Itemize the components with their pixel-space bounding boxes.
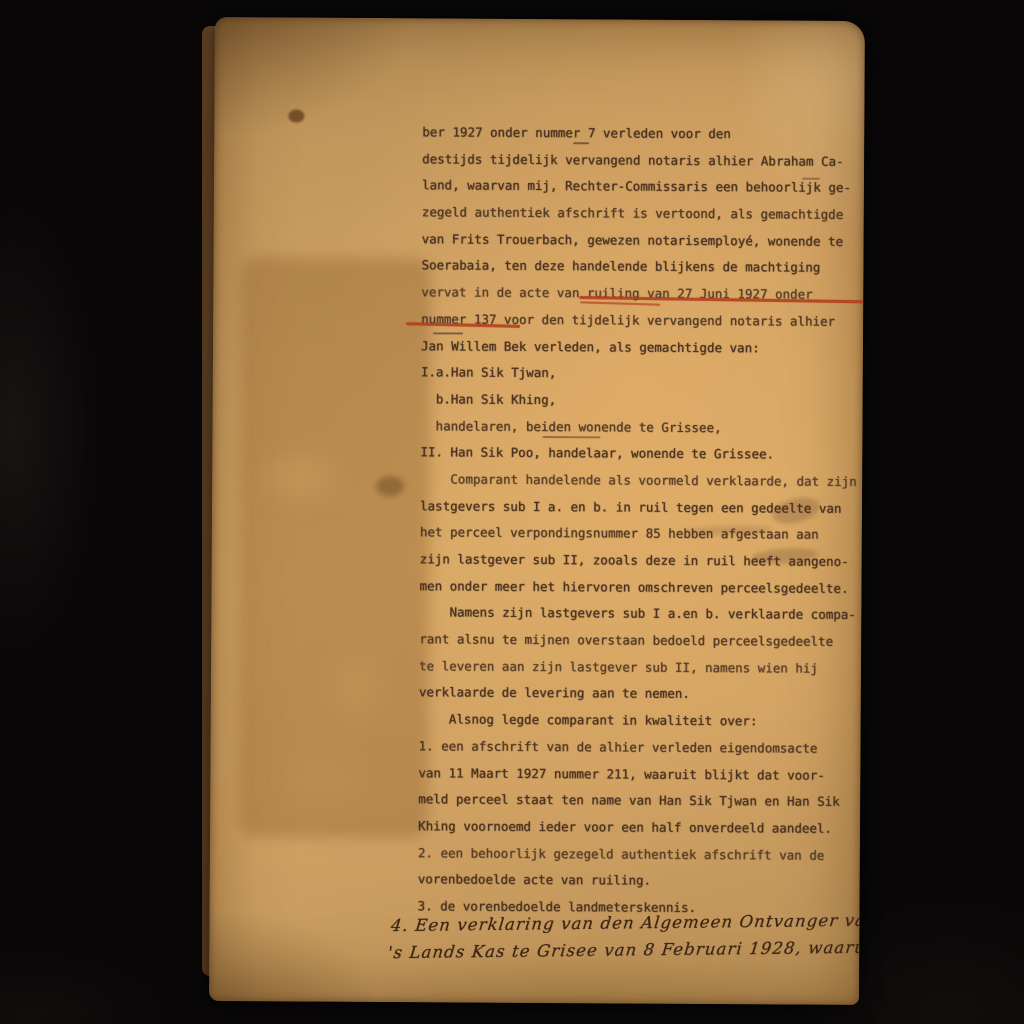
typed-line: het perceel verpondingsnummer 85 hebben … — [420, 520, 865, 550]
typed-line: 1. een afschrift van de alhier verleden … — [418, 733, 865, 763]
handwritten-line: 's Lands Kas te Grisee van 8 Februari 19… — [387, 934, 865, 967]
typed-line: Soerabaia, ten deze handelende blijkens … — [421, 253, 865, 283]
typed-line: zijn lastgever sub II, zooals deze in ru… — [420, 546, 865, 576]
handwritten-annotation: 4. Een verklaring van den Algemeen Ontva… — [387, 907, 865, 967]
typed-line: Alsnog legde comparant in kwaliteit over… — [419, 706, 865, 736]
photo-background: ber 1927 onder nummer 7 verleden voor de… — [0, 0, 1024, 1024]
typed-line: nummer 137 voor den tijdelijk vervangend… — [421, 306, 865, 336]
typed-line: van 11 Maart 1927 nummer 211, waaruit bl… — [418, 760, 865, 790]
typed-line: verklaarde de levering aan te nemen. — [419, 680, 865, 710]
typed-line: Namens zijn lastgevers sub I a.en b. ver… — [419, 600, 865, 630]
typed-line: Jan Willem Bek verleden, als gemachtigde… — [421, 333, 865, 363]
ink-spot — [288, 109, 304, 122]
typed-line: I.a.Han Sik Tjwan, — [421, 359, 865, 389]
typed-line: lastgevers sub I a. en b. in ruil tegen … — [420, 493, 865, 523]
typed-correction-mark — [573, 142, 589, 144]
typed-correction-mark — [433, 332, 463, 334]
typed-line: meld perceel staat ten name van Han Sik … — [418, 786, 865, 816]
paper-stain — [238, 257, 432, 838]
paper-blotch — [376, 476, 404, 496]
typed-line: land, waarvan mij, Rechter-Commissaris e… — [422, 173, 865, 203]
typed-line: men onder meer het hiervoren omschreven … — [419, 573, 865, 603]
typed-correction-mark — [542, 436, 600, 438]
typed-line: destijds tijdelijk vervangend notaris al… — [422, 146, 865, 176]
typed-line: vorenbedoelde acte van ruiling. — [418, 867, 865, 897]
typed-line: b.Han Sik Khing, — [421, 386, 865, 416]
typed-correction-mark — [802, 178, 820, 180]
typed-line: ber 1927 onder nummer 7 verleden voor de… — [422, 119, 865, 149]
typed-line: handelaren, beiden wonende te Grissee, — [420, 413, 865, 443]
typed-text-block: ber 1927 onder nummer 7 verleden voor de… — [417, 119, 864, 922]
typed-line: rant alsnu te mijnen overstaan bedoeld p… — [419, 626, 865, 656]
typed-line: te leveren aan zijn lastgever sub II, na… — [419, 653, 865, 683]
typed-line: zegeld authentiek afschrift is vertoond,… — [422, 199, 865, 229]
typed-line: II. Han Sik Poo, handelaar, wonende te G… — [420, 440, 865, 470]
document-page: ber 1927 onder nummer 7 verleden voor de… — [209, 17, 865, 1005]
typed-line: Comparant handelende als voormeld verkla… — [420, 466, 865, 496]
typed-line: Khing voornoemd ieder voor een half onve… — [418, 813, 865, 843]
typed-line: van Frits Trouerbach, gewezen notarisemp… — [422, 226, 865, 256]
typed-line: 2. een behoorlijk gezegeld authentiek af… — [418, 840, 865, 870]
